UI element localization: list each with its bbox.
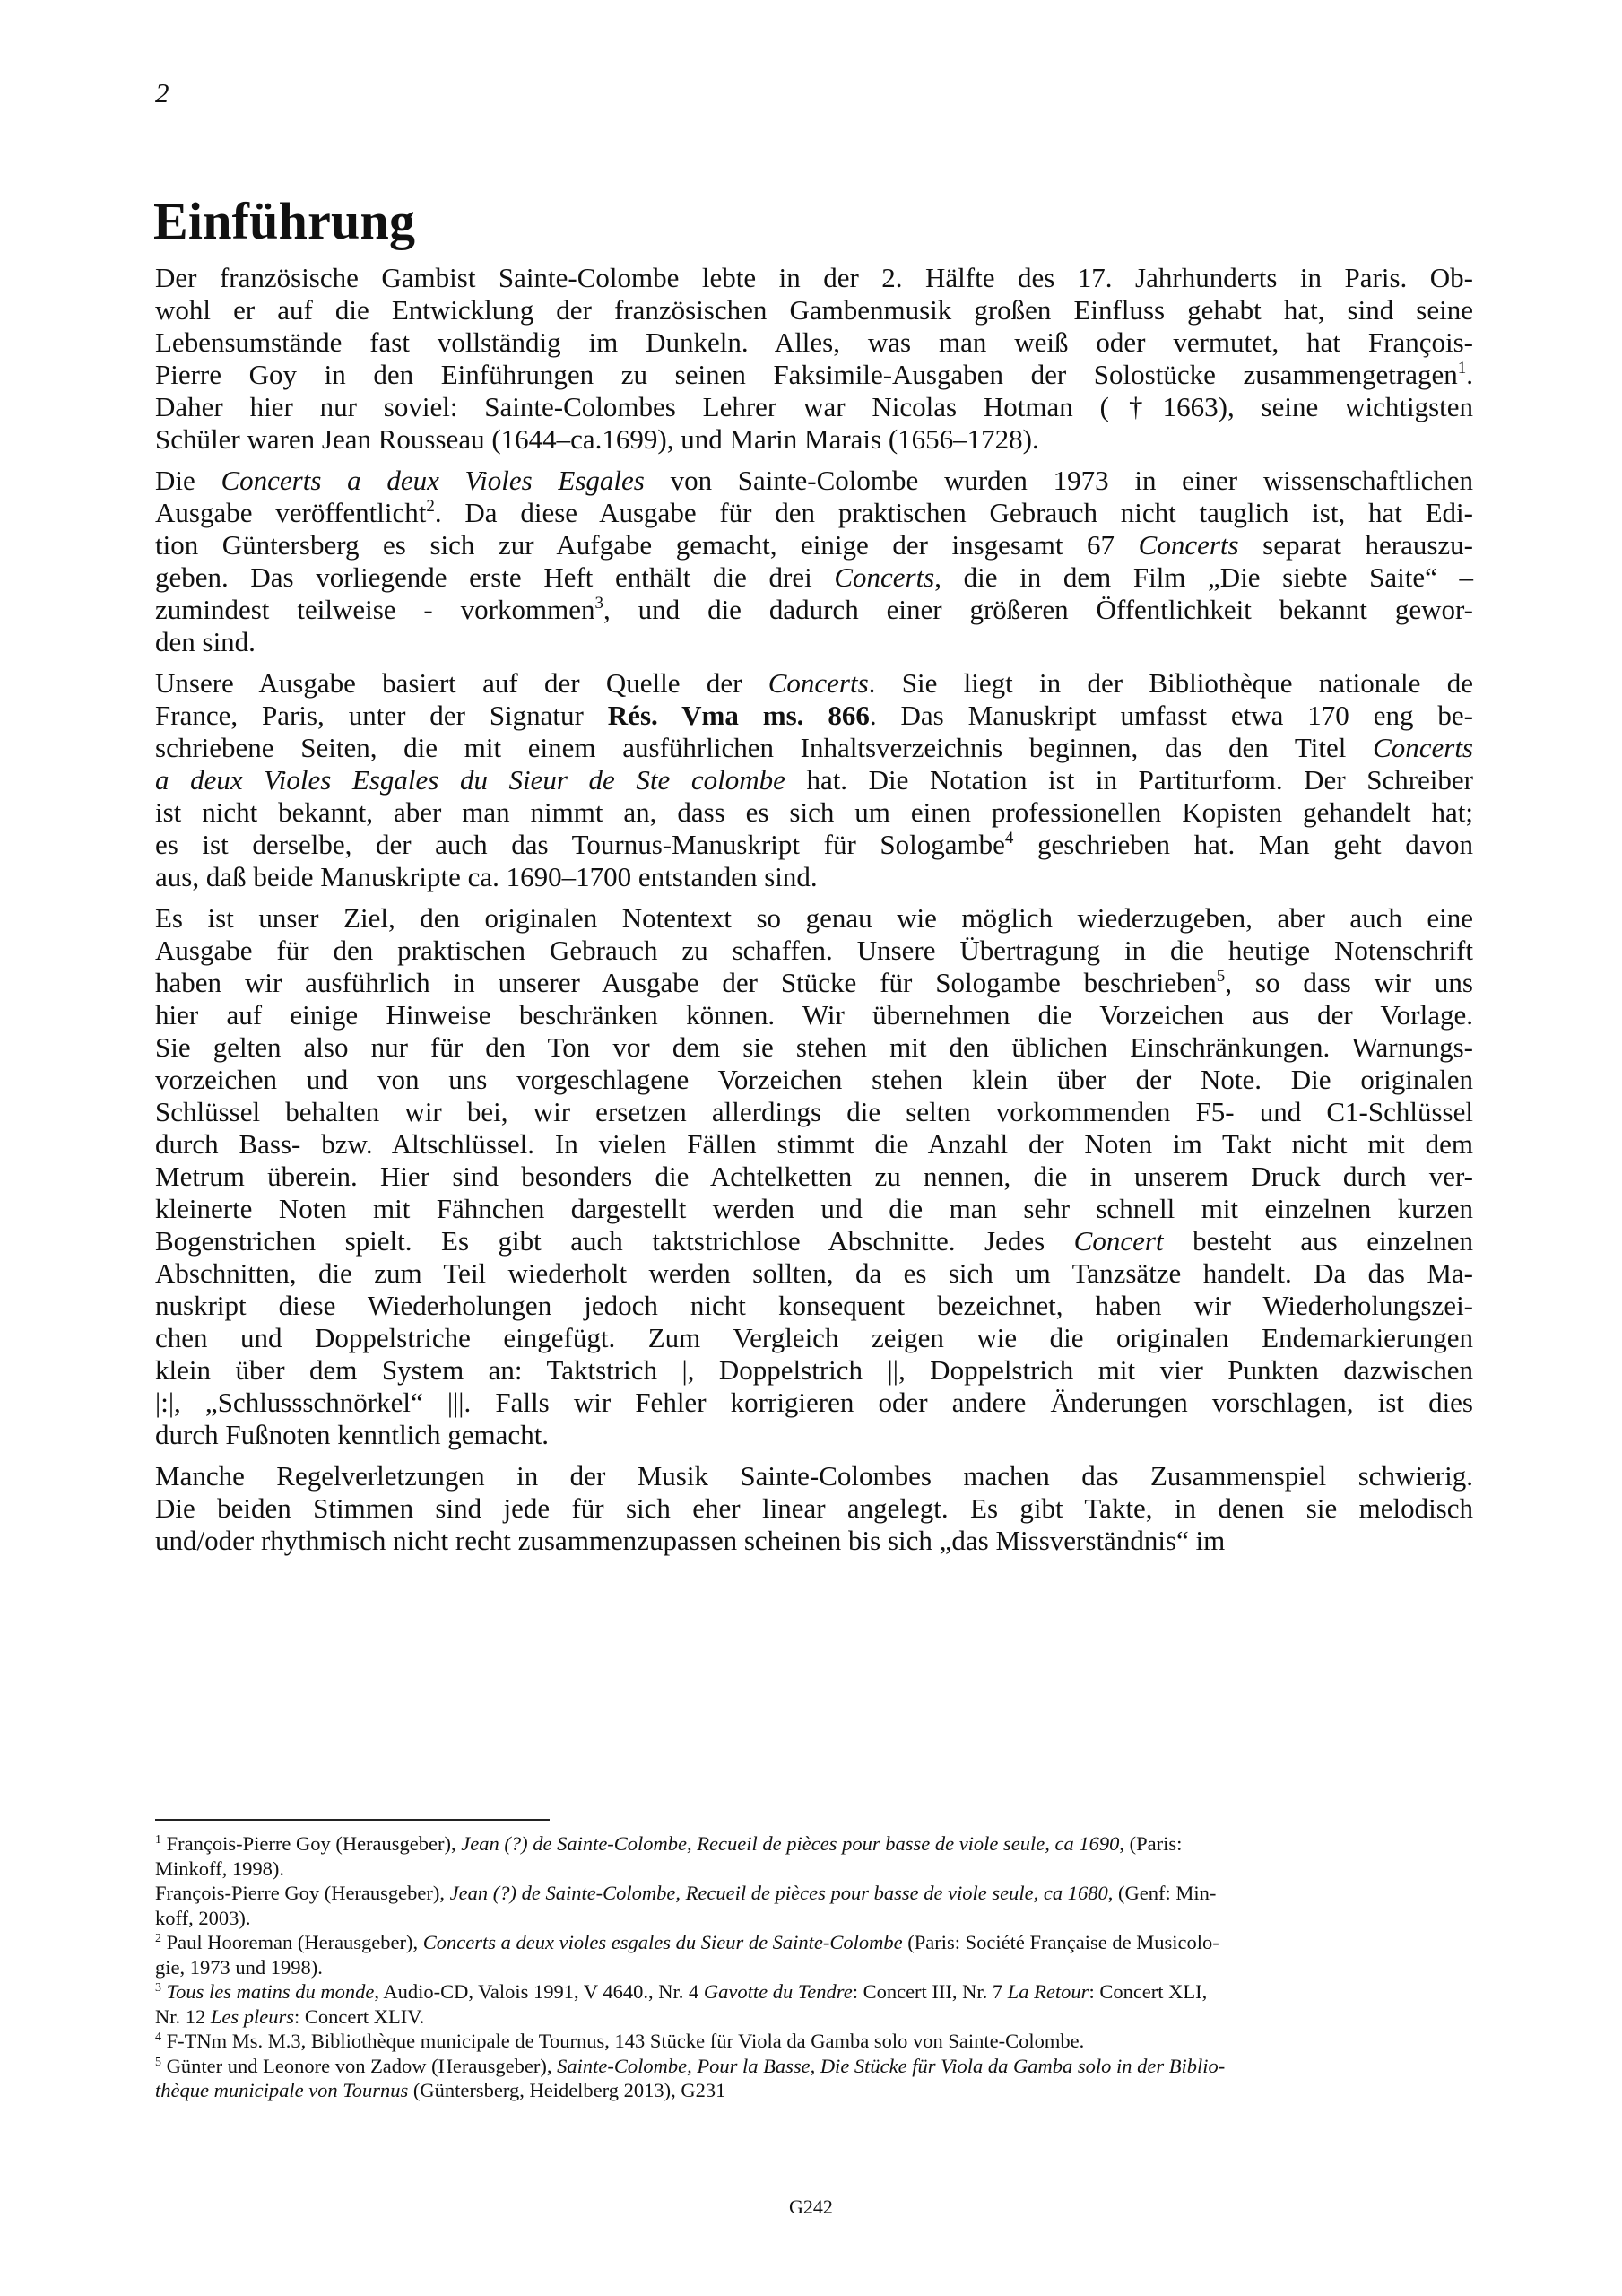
text-line: Daher hier nur soviel: Sainte-Colombes L… [155, 391, 1473, 423]
text-line: Lebensumstände fast vollständig im Dunke… [155, 326, 1473, 359]
footnotes: 1 François-Pierre Goy (Herausgeber), Jea… [155, 1831, 1469, 2103]
work-title: Concerts a deux Violes Esgales [221, 465, 644, 496]
text-line: Der französische Gambist Sainte-Colombe … [155, 262, 1473, 294]
page-footer-code: G242 [0, 2196, 1622, 2219]
text-line: Die Concerts a deux Violes Esgales von S… [155, 465, 1473, 497]
text-line: France, Paris, unter der Signatur Rés. V… [155, 700, 1473, 732]
text-line: Schlüssel behalten wir bei, wir ersetzen… [155, 1096, 1473, 1128]
text-line: |:|, „Schlussschnörkel“ |||. Falls wir F… [155, 1387, 1473, 1419]
paragraph-2: Die Concerts a deux Violes Esgales von S… [155, 465, 1473, 658]
text-line: tion Güntersberg es sich zur Aufgabe gem… [155, 529, 1473, 561]
text-line: aus, daß beide Manuskripte ca. 1690–1700… [155, 861, 1473, 893]
page-number: 2 [155, 77, 169, 109]
paragraph-1: Der französische Gambist Sainte-Colombe … [155, 262, 1473, 456]
footnote-ref-5[interactable]: 5 [1217, 967, 1226, 986]
footnote-3: 3 Tous les matins du monde, Audio-CD, Va… [155, 1979, 1469, 2029]
text-line: wohl er auf die Entwicklung der französi… [155, 294, 1473, 326]
text-line: haben wir ausführlich in unserer Ausgabe… [155, 967, 1473, 999]
footnote-1: 1 François-Pierre Goy (Herausgeber), Jea… [155, 1831, 1469, 1930]
text-line: klein über dem System an: Taktstrich |, … [155, 1354, 1473, 1387]
text-line: Bogenstrichen spielt. Es gibt auch takts… [155, 1225, 1473, 1257]
text-line: geben. Das vorliegende erste Heft enthäl… [155, 561, 1473, 594]
text-line: Metrum überein. Hier sind besonders die … [155, 1161, 1473, 1193]
footnote-4: 4 F-TNm Ms. M.3, Bibliothèque municipale… [155, 2029, 1469, 2054]
text-line: Abschnitten, die zum Teil wiederholt wer… [155, 1257, 1473, 1290]
text-line: chen und Doppelstriche eingefügt. Zum Ve… [155, 1322, 1473, 1354]
text-line: den sind. [155, 626, 1473, 658]
footnote-mark: 4 [155, 2031, 161, 2044]
text-line: Unsere Ausgabe basiert auf der Quelle de… [155, 667, 1473, 700]
footnote-5: 5 Günter und Leonore von Zadow (Herausge… [155, 2054, 1469, 2103]
page-title: Einführung [153, 196, 415, 248]
footnote-ref-1[interactable]: 1 [1458, 359, 1467, 378]
text-line: ist nicht bekannt, aber man nimmt an, da… [155, 796, 1473, 829]
text-line: kleinerte Noten mit Fähnchen dargestellt… [155, 1193, 1473, 1225]
paragraph-5: Manche Regelverletzungen in der Musik Sa… [155, 1460, 1473, 1557]
footnote-separator [155, 1819, 550, 1821]
text-line: schriebene Seiten, die mit einem ausführ… [155, 732, 1473, 764]
text-line: a deux Violes Esgales du Sieur de Ste co… [155, 764, 1473, 796]
text-line: es ist derselbe, der auch das Tournus-Ma… [155, 829, 1473, 861]
text-line: Manche Regelverletzungen in der Musik Sa… [155, 1460, 1473, 1492]
text-line: Schüler waren Jean Rousseau (1644–ca.169… [155, 423, 1473, 456]
text-line: Ausgabe für den praktischen Gebrauch zu … [155, 935, 1473, 967]
text-line: Es ist unser Ziel, den originalen Notent… [155, 902, 1473, 935]
footnote-2: 2 Paul Hooreman (Herausgeber), Concerts … [155, 1930, 1469, 1979]
text-line: vorzeichen und von uns vorgeschlagene Vo… [155, 1064, 1473, 1096]
text-line: nuskript diese Wiederholungen jedoch nic… [155, 1290, 1473, 1322]
text-line: Ausgabe veröffentlicht2. Da diese Ausgab… [155, 497, 1473, 529]
footnote-mark: 2 [155, 1932, 161, 1945]
footnote-mark: 5 [155, 2056, 161, 2069]
paragraph-3: Unsere Ausgabe basiert auf der Quelle de… [155, 667, 1473, 893]
text-line: zumindest teilweise - vorkommen3, und di… [155, 594, 1473, 626]
footnote-ref-2[interactable]: 2 [426, 497, 435, 516]
footnote-ref-3[interactable]: 3 [594, 594, 603, 613]
text-line: durch Bass- bzw. Altschlüssel. In vielen… [155, 1128, 1473, 1161]
body-text: Der französische Gambist Sainte-Colombe … [155, 262, 1473, 1566]
manuscript-signature: Rés. Vma ms. 866 [608, 700, 870, 731]
text-line: und/oder rhythmisch nicht recht zusammen… [155, 1525, 1473, 1557]
text-line: durch Fußnoten kenntlich gemacht. [155, 1419, 1473, 1451]
text-line: Die beiden Stimmen sind jede für sich eh… [155, 1492, 1473, 1525]
footnote-mark: 3 [155, 1981, 161, 1995]
text-line: Sie gelten also nur für den Ton vor dem … [155, 1031, 1473, 1064]
text-line: hier auf einige Hinweise beschränken kön… [155, 999, 1473, 1031]
footnote-ref-4[interactable]: 4 [1005, 829, 1014, 848]
footnote-mark: 1 [155, 1833, 161, 1847]
text-line: Pierre Goy in den Einführungen zu seinen… [155, 359, 1473, 391]
paragraph-4: Es ist unser Ziel, den originalen Notent… [155, 902, 1473, 1451]
